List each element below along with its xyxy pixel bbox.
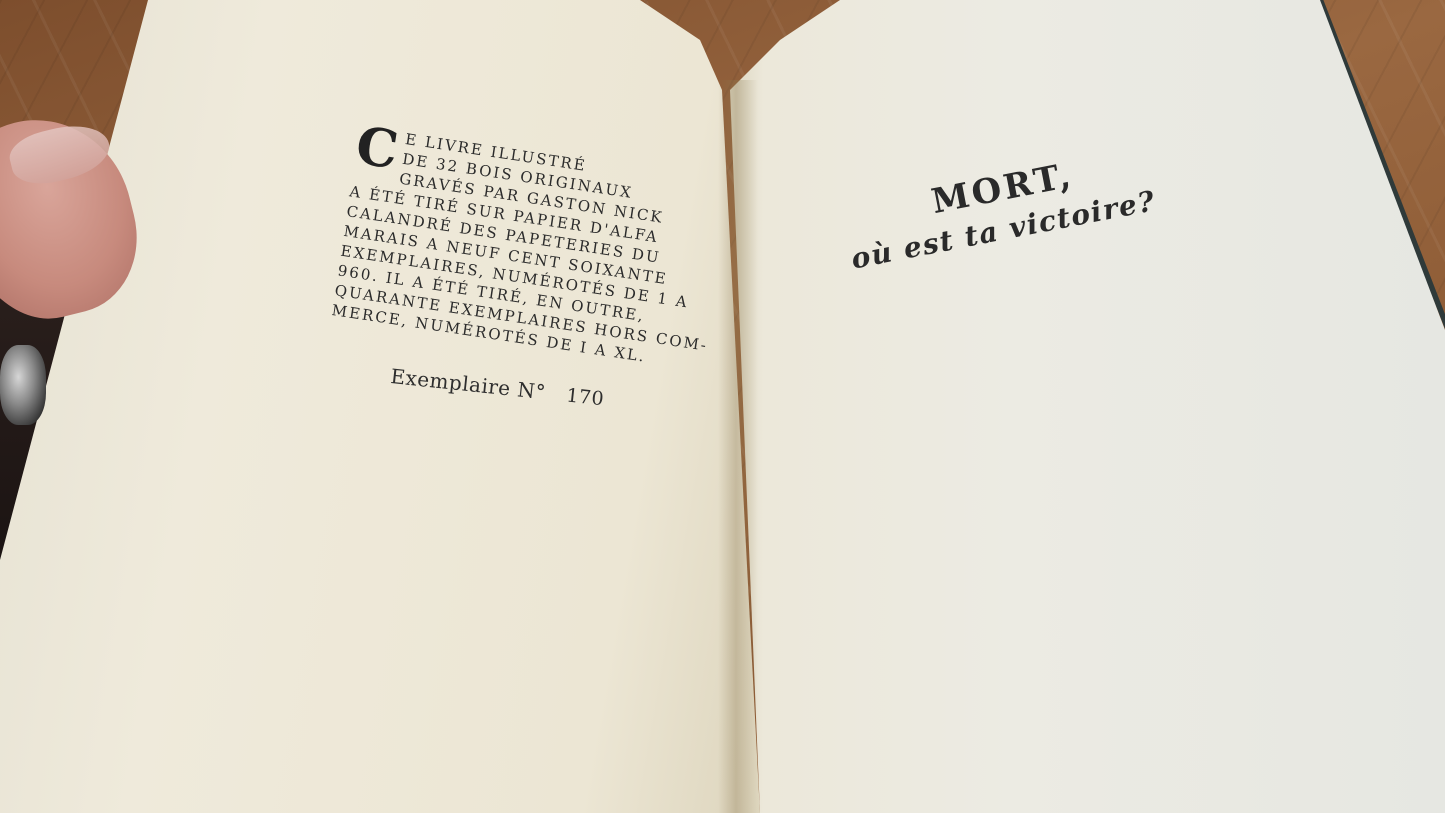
drop-cap: C [353,124,400,174]
book-gutter [718,80,758,813]
silver-ring [0,345,46,425]
copy-number-value: 170 [565,384,605,410]
colophon-text: C e livre illustré de 32 bois originaux … [330,122,646,363]
right-page [720,0,1445,813]
book-photo-scene: C e livre illustré de 32 bois originaux … [0,0,1445,813]
